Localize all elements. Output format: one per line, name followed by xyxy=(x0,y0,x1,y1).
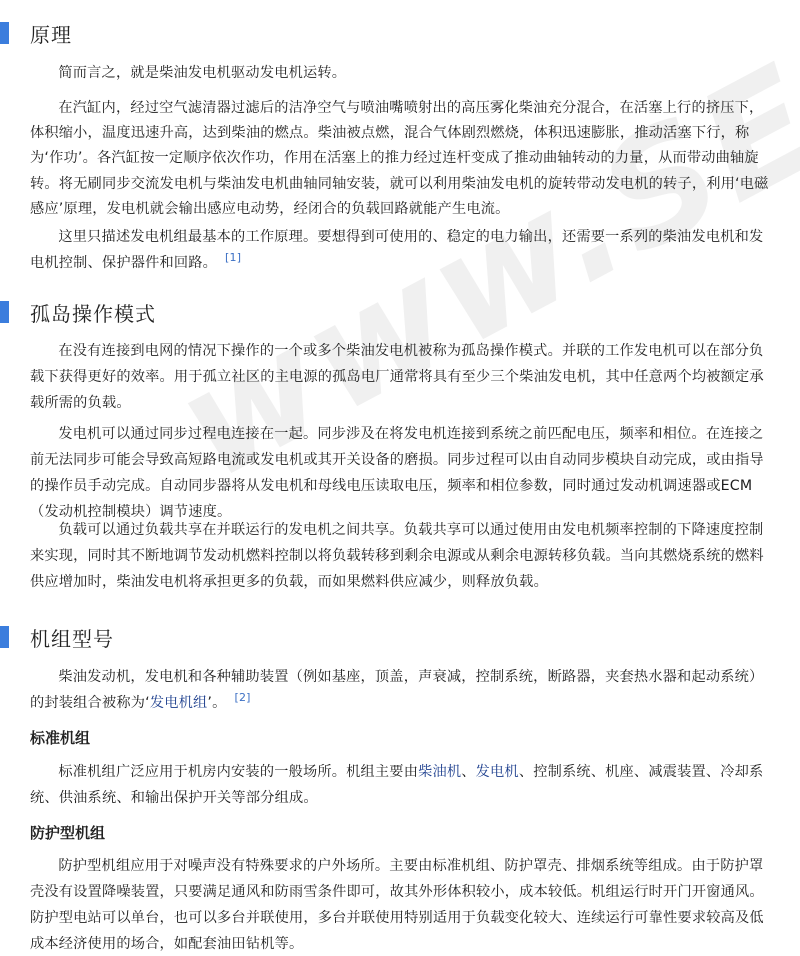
section-marker xyxy=(0,301,9,323)
paragraph: 防护型机组应用于对噪声没有特殊要求的户外场所。主要由标准机组、防护罩壳、排烟系统… xyxy=(30,853,772,956)
section-marker xyxy=(0,22,9,44)
section-heading-unit-types: 机组型号 xyxy=(0,622,114,652)
subheading-standard-unit: 标准机组 xyxy=(30,727,90,748)
citation-link[interactable]: [2] xyxy=(234,691,250,704)
paragraph: 这里只描述发电机组最基本的工作原理。要想得到可使用的、稳定的电力输出，还需要一系… xyxy=(30,224,772,276)
article-page: www.SE.com.cn 原理 简而言之，就是柴油发电机驱动发电机运转。 在汽… xyxy=(0,0,800,956)
paragraph: 简而言之，就是柴油发电机驱动发电机运转。 xyxy=(30,60,772,86)
section-marker xyxy=(0,626,9,648)
paragraph: 在没有连接到电网的情况下操作的一个或多个柴油发电机被称为孤岛操作模式。并联的工作… xyxy=(30,338,772,416)
generator-set-link[interactable]: 发电机组 xyxy=(150,695,208,711)
paragraph: 负载可以通过负载共享在并联运行的发电机之间共享。负载共享可以通过使用由发电机频率… xyxy=(30,517,772,595)
section-heading-principle: 原理 xyxy=(0,18,72,48)
subheading-protective-unit: 防护型机组 xyxy=(30,822,105,843)
section-heading-island-mode: 孤岛操作模式 xyxy=(0,297,156,327)
generator-link[interactable]: 发电机 xyxy=(476,764,519,780)
section-title: 机组型号 xyxy=(30,623,114,652)
separator: 、 xyxy=(461,764,475,780)
paragraph-text: 这里只描述发电机组最基本的工作原理。要想得到可使用的、稳定的电力输出，还需要一系… xyxy=(30,229,763,271)
paragraph: 柴油发动机，发电机和各种辅助装置（例如基座，顶盖，声衰减，控制系统，断路器，夹套… xyxy=(30,664,772,716)
paragraph: 在汽缸内，经过空气滤清器过滤后的洁净空气与喷油嘴喷射出的高压雾化柴油充分混合，在… xyxy=(30,96,772,222)
section-title: 孤岛操作模式 xyxy=(30,298,156,327)
paragraph: 标准机组广泛应用于机房内安装的一般场所。机组主要由柴油机、发电机、控制系统、机座… xyxy=(30,759,772,811)
paragraph-text: ’。 xyxy=(207,695,226,711)
citation-link[interactable]: [1] xyxy=(225,251,241,264)
paragraph-text: 柴油发动机，发电机和各种辅助装置（例如基座，顶盖，声衰减，控制系统，断路器，夹套… xyxy=(30,669,763,711)
diesel-engine-link[interactable]: 柴油机 xyxy=(418,764,461,780)
section-title: 原理 xyxy=(30,19,72,48)
paragraph: 发电机可以通过同步过程电连接在一起。同步涉及在将发电机连接到系统之前匹配电压，频… xyxy=(30,421,772,525)
paragraph-text: 标准机组广泛应用于机房内安装的一般场所。机组主要由 xyxy=(58,764,418,780)
